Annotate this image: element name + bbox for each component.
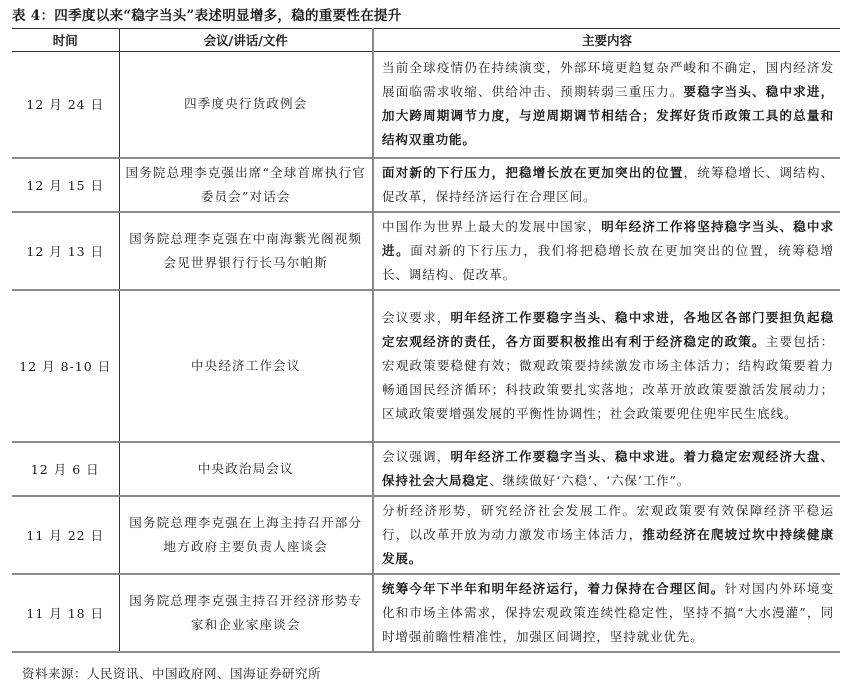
content-text: 面对新的下行压力，我们将把稳增长放在更加突出的位置，统筹稳增长、调结构、促改革。	[382, 243, 834, 282]
cell-event: 四季度央行货政例会	[119, 52, 373, 158]
table-caption: 表 4：四季度以来“稳字当头”表述明显增多，稳的重要性在提升	[12, 4, 402, 24]
header-event: 会议/讲话/文件	[119, 29, 373, 52]
cell-event: 国务院总理李克强在中南海紫光阁视频会见世界银行行长马尔帕斯	[119, 212, 373, 290]
table-row: 12 月 24 日四季度央行货政例会当前全球疫情仍在持续演变，外部环境更趋复杂严…	[12, 52, 840, 158]
emphasis-text: 统筹今年下半年和明年经济运行，着力保持在合理区间。	[382, 581, 725, 596]
cell-event: 国务院总理李克强出席“全球首席执行官委员会”对话会	[119, 158, 373, 212]
cell-event: 国务院总理李克强主持召开经济形势专家和企业家座谈会	[119, 574, 373, 652]
cell-date: 12 月 6 日	[12, 442, 119, 496]
content-text: 会议要求，	[382, 310, 451, 325]
source-note: 资料来源：人民资讯、中国政府网、国海证券研究所	[22, 664, 321, 682]
emphasis-text: 面对新的下行压力，把稳增长放在更加突出的位置	[382, 165, 684, 180]
content-text: 中国作为世界上最大的发展中国家，	[382, 219, 601, 234]
table-row: 12 月 6 日中央政治局会议会议强调，明年经济工作要稳字当头、稳中求进。着力稳…	[12, 442, 840, 496]
header-date: 时间	[12, 29, 119, 52]
cell-date: 12 月 13 日	[12, 212, 119, 290]
cell-content: 会议要求，明年经济工作要稳字当头、稳中求进，各地区各部门要担负起稳定宏观经济的责…	[373, 290, 840, 442]
content-text: 、继续做好‘六稳’、‘六保’工作”。	[489, 473, 690, 488]
cell-content: 面对新的下行压力，把稳增长放在更加突出的位置，统筹稳增长、调结构、促改革，保持经…	[373, 158, 840, 212]
table-row: 11 月 22 日国务院总理李克强在上海主持召开部分地方政府主要负责人座谈会分析…	[12, 496, 840, 574]
header-content: 主要内容	[373, 29, 840, 52]
cell-content: 会议强调，明年经济工作要稳字当头、稳中求进。着力稳定宏观经济大盘、保持社会大局稳…	[373, 442, 840, 496]
table-row: 12 月 15 日国务院总理李克强出席“全球首席执行官委员会”对话会面对新的下行…	[12, 158, 840, 212]
table-header-row: 时间 会议/讲话/文件 主要内容	[12, 29, 840, 52]
cell-date: 12 月 8-10 日	[12, 290, 119, 442]
cell-date: 11 月 18 日	[12, 574, 119, 652]
cell-event: 中央经济工作会议	[119, 290, 373, 442]
cell-date: 12 月 24 日	[12, 52, 119, 158]
cell-content: 当前全球疫情仍在持续演变，外部环境更趋复杂严峻和不确定，国内经济发展面临需求收缩…	[373, 52, 840, 158]
cell-event: 国务院总理李克强在上海主持召开部分地方政府主要负责人座谈会	[119, 496, 373, 574]
cell-date: 12 月 15 日	[12, 158, 119, 212]
table-row: 11 月 18 日国务院总理李克强主持召开经济形势专家和企业家座谈会统筹今年下半…	[12, 574, 840, 652]
cell-content: 分析经济形势，研究经济社会发展工作。宏观政策要有效保障经济平稳运行，以改革开放为…	[373, 496, 840, 574]
cell-content: 统筹今年下半年和明年经济运行，着力保持在合理区间。针对国内外环境变化和市场主体需…	[373, 574, 840, 652]
content-text: 会议强调，	[382, 449, 451, 464]
cell-date: 11 月 22 日	[12, 496, 119, 574]
policy-table: 时间 会议/讲话/文件 主要内容 12 月 24 日四季度央行货政例会当前全球疫…	[12, 28, 840, 653]
table-row: 12 月 8-10 日中央经济工作会议会议要求，明年经济工作要稳字当头、稳中求进…	[12, 290, 840, 442]
cell-content: 中国作为世界上最大的发展中国家，明年经济工作将坚持稳字当头、稳中求进。面对新的下…	[373, 212, 840, 290]
table-row: 12 月 13 日国务院总理李克强在中南海紫光阁视频会见世界银行行长马尔帕斯中国…	[12, 212, 840, 290]
cell-event: 中央政治局会议	[119, 442, 373, 496]
